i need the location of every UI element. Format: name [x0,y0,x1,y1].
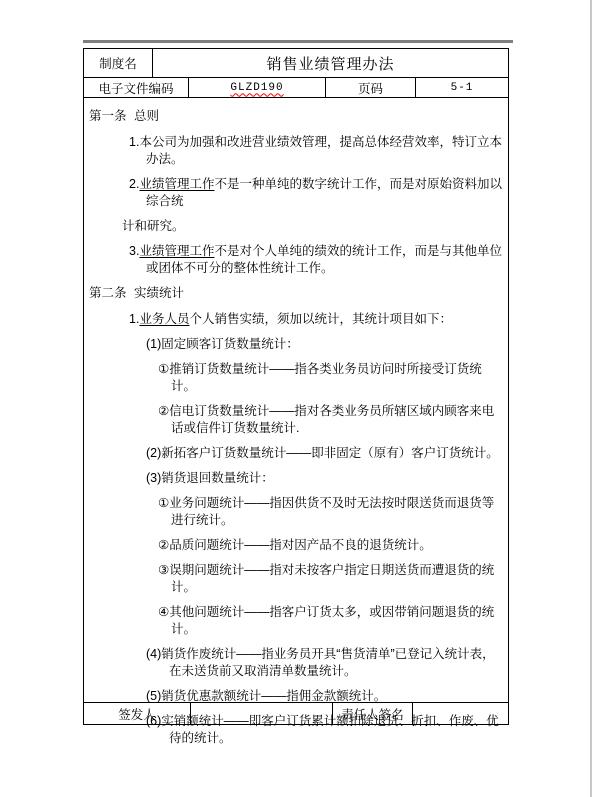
paragraph: ②信电订货数量统计——指对各类业务员所辖区域内顾客来电话或信件订货数量统计. [89,403,504,437]
page-edge-line [590,0,592,797]
list-marker: ① [158,496,169,510]
responsible-value-cell[interactable] [413,703,508,724]
list-marker: (4) [146,647,161,661]
paragraph: (3)销货退回数量统计： [89,470,504,487]
paragraph: 1.本公司为加强和改进营业绩效管理，提高总体经营效率，特订立本办法。 [89,134,504,168]
paragraph: ②品质问题统计——指对因产品不良的退货统计。 [89,537,504,554]
paragraph: 计和研究。 [89,218,504,235]
doc-code-value-cell[interactable]: GLZD190 [189,78,326,97]
doc-code-label-cell: 电子文件编码 [84,78,189,97]
paragraph: (2)新拓客户订货数量统计——即非固定（原有）客户订货统计。 [89,445,504,462]
section-heading: 第二条实绩统计 [89,285,504,302]
paragraph: 1.业务人员个人销售实绩，须加以统计，其统计项目如下： [89,311,504,328]
section-heading: 第一条总则 [89,108,504,125]
paragraph: ③误期问题统计——指对未按客户指定日期送货而遭退货的统计。 [89,562,504,596]
list-marker: (2) [146,446,161,460]
list-marker: (5) [146,689,161,703]
header-row-1: 制度名 销售业绩管理办法 [84,49,508,78]
list-marker: ② [158,404,169,418]
body-paragraphs: 第一条总则1.本公司为加强和改进营业绩效管理，提高总体经营效率，特订立本办法。2… [89,108,504,747]
list-marker: ② [158,538,169,552]
section-label: 第一条 [89,108,134,125]
issuer-value-cell[interactable] [191,703,333,724]
responsible-label-cell: 责任人签名 [333,703,413,724]
underlined-text: 业绩管理工作 [139,244,214,258]
section-title: 总则 [134,109,159,123]
list-marker: 2. [129,177,139,191]
underlined-text: 业务人员 [139,312,189,326]
page-number-cell: 5-1 [416,78,508,97]
paragraph: ④其他问题统计——指客户订货太多，或因带销问题退货的统计。 [89,604,504,638]
doc-code-value: GLZD190 [230,82,283,94]
list-marker: 1. [129,135,139,149]
paragraph: (1)固定顾客订货数量统计： [89,336,504,353]
header-row-2: 电子文件编码 GLZD190 页码 5-1 [84,78,508,98]
signature-row: 签发人 责任人签名 [84,703,508,724]
document-body-cell[interactable]: 第一条总则1.本公司为加强和改进营业绩效管理，提高总体经营效率，特订立本办法。2… [84,98,508,703]
top-rule [83,40,513,43]
policy-table: 制度名 销售业绩管理办法 电子文件编码 GLZD190 页码 5-1 第一条总则… [83,48,509,725]
page-label-cell: 页码 [326,78,416,97]
document-page: 制度名 销售业绩管理办法 电子文件编码 GLZD190 页码 5-1 第一条总则… [0,0,596,797]
paragraph: 2.业绩管理工作不是一种单纯的数字统计工作，而是对原始资料加以综合统 [89,176,504,210]
underlined-text: 业绩管理工作 [139,177,214,191]
paragraph: ①业务问题统计——指因供货不及时无法按时限送货而退货等进行统计。 [89,495,504,529]
list-marker: (1) [146,337,161,351]
issuer-label-cell: 签发人 [84,703,191,724]
paragraph: ①推销订货数量统计——指各类业务员访问时所接受订货统计。 [89,361,504,395]
system-name-label-cell: 制度名 [84,49,153,77]
section-title: 实绩统计 [134,286,184,300]
list-marker: 3. [129,244,139,258]
paragraph: 3.业绩管理工作不是对个人单纯的绩效的统计工作，而是与其他单位或团体不可分的整体… [89,243,504,277]
document-title-cell: 销售业绩管理办法 [153,49,508,77]
paragraph: (4)销货作废统计——指业务员开具“售货清单”已登记入统计表，在未送货前又取消清… [89,646,504,680]
list-marker: ① [158,362,169,376]
list-marker: (3) [146,471,161,485]
list-marker: ③ [158,563,169,577]
list-marker: ④ [158,605,169,619]
list-marker: 1. [129,312,139,326]
section-label: 第二条 [89,285,134,302]
